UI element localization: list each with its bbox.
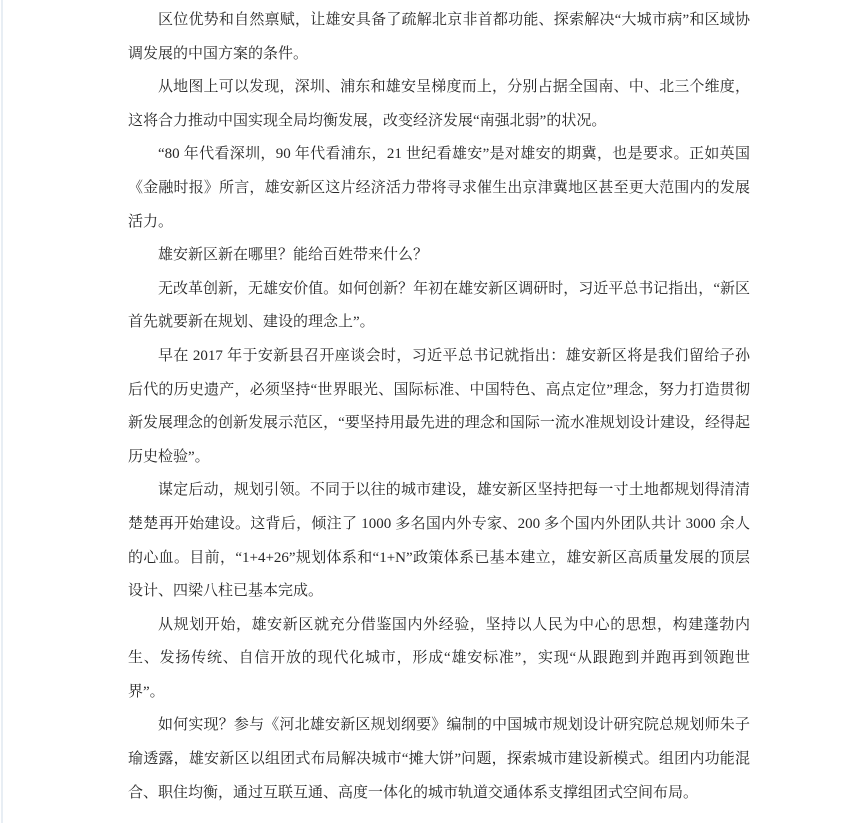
document-page: 区位优势和自然禀赋，让雄安具备了疏解北京非首都功能、探索解决“大城市病”和区域协…: [0, 0, 844, 823]
paragraph: 如何实现？参与《河北雄安新区规划纲要》编制的中国城市规划设计研究院总规划师朱子瑜…: [128, 709, 750, 810]
paragraph: 从地图上可以发现，深圳、浦东和雄安呈梯度而上，分别占据全国南、中、北三个维度，这…: [128, 71, 750, 138]
paragraph: 从规划开始，雄安新区就充分借鉴国内外经验，坚持以人民为中心的思想，构建蓬勃内生、…: [128, 609, 750, 710]
paragraph: 区位优势和自然禀赋，让雄安具备了疏解北京非首都功能、探索解决“大城市病”和区域协…: [128, 4, 750, 71]
paragraph: 谋定后动，规划引领。不同于以往的城市建设，雄安新区坚持把每一寸土地都规划得清清楚…: [128, 474, 750, 608]
paragraph: 无改革创新，无雄安价值。如何创新？年初在雄安新区调研时，习近平总书记指出，“新区…: [128, 273, 750, 340]
paragraph: “80 年代看深圳，90 年代看浦东，21 世纪看雄安”是对雄安的期冀，也是要求…: [128, 138, 750, 239]
paragraph: 雄安新区新在哪里？能给百姓带来什么？: [128, 239, 750, 273]
paragraph: 早在 2017 年于安新县召开座谈会时，习近平总书记就指出：雄安新区将是我们留给…: [128, 340, 750, 474]
document-body: 区位优势和自然禀赋，让雄安具备了疏解北京非首都功能、探索解决“大城市病”和区域协…: [128, 4, 750, 810]
page-left-edge-line: [1, 0, 3, 823]
